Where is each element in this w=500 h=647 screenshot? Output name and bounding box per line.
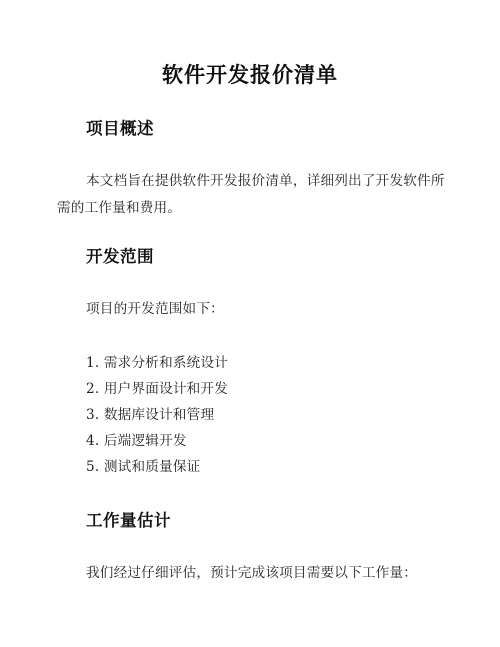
scope-list-item: 2. 用户界面设计和开发	[86, 376, 228, 402]
scope-list-item: 5. 测试和质量保证	[86, 454, 228, 480]
scope-list-item: 3. 数据库设计和管理	[86, 402, 228, 428]
section-heading-overview: 项目概述	[86, 117, 154, 141]
document-title: 软件开发报价清单	[0, 60, 500, 90]
scope-list: 1. 需求分析和系统设计 2. 用户界面设计和开发 3. 数据库设计和管理 4.…	[86, 350, 228, 480]
section-heading-scope: 开发范围	[86, 245, 154, 269]
document-page: 软件开发报价清单 项目概述 本文档旨在提供软件开发报价清单，详细列出了开发软件所…	[0, 0, 500, 647]
workload-paragraph: 我们经过仔细评估，预计完成该项目需要以下工作量：	[57, 560, 457, 587]
overview-paragraph: 本文档旨在提供软件开发报价清单，详细列出了开发软件所需的工作量和费用。	[57, 168, 457, 222]
scope-list-item: 1. 需求分析和系统设计	[86, 350, 228, 376]
scope-list-item: 4. 后端逻辑开发	[86, 428, 228, 454]
scope-intro-paragraph: 项目的开发范围如下：	[57, 296, 457, 323]
section-heading-workload: 工作量估计	[86, 509, 171, 533]
